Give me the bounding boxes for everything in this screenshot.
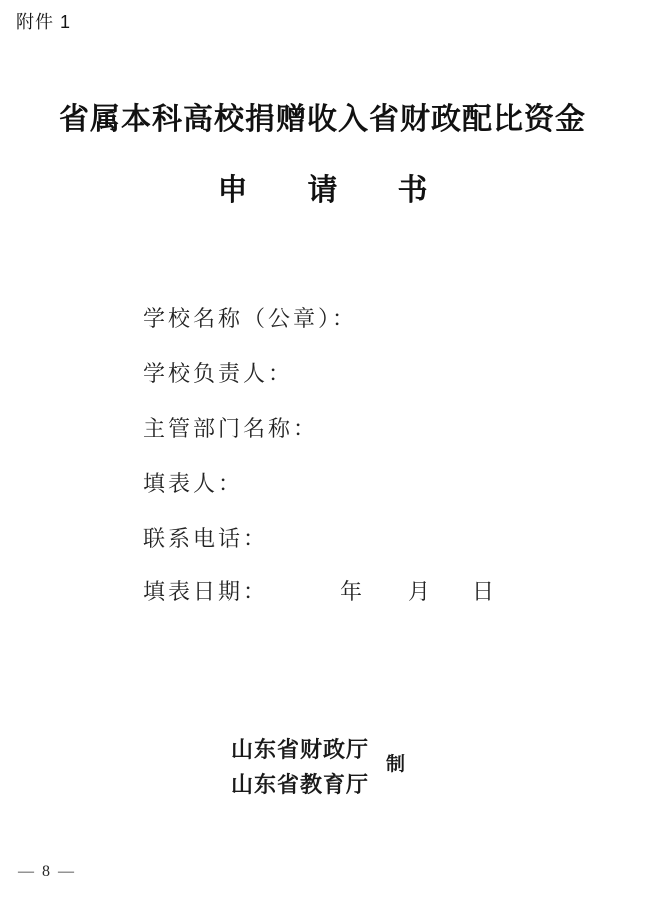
document-title-line1: 省属本科高校捐赠收入省财政配比资金: [0, 94, 645, 138]
document-title-line2: 申 请 书: [0, 165, 645, 209]
date-unit-month: 月: [408, 579, 430, 605]
field-fill-date-row: 填表日期： 年 月 日: [143, 579, 563, 605]
field-contact-phone-label: 联系电话：: [143, 526, 563, 552]
form-fields: 学校名称（公章）： 学校负责人： 主管部门名称： 填表人： 联系电话： 填表日期…: [143, 306, 563, 605]
document-page: 附件 1 省属本科高校捐赠收入省财政配比资金 申 请 书 学校名称（公章）： 学…: [0, 0, 645, 899]
field-form-filler-label: 填表人：: [143, 471, 563, 497]
field-school-head-label: 学校负责人：: [143, 361, 563, 387]
field-supervising-department-label: 主管部门名称：: [143, 416, 563, 442]
date-unit-day: 日: [472, 579, 494, 605]
field-school-name-label: 学校名称（公章）：: [143, 306, 563, 332]
issuer-made-by-suffix: 制: [386, 749, 405, 776]
issuer-education-department: 山东省教育厅: [231, 770, 369, 805]
page-number: — 8 —: [18, 863, 76, 881]
issuer-finance-department: 山东省财政厅: [231, 735, 369, 770]
date-unit-year: 年: [340, 579, 362, 605]
issuing-agencies: 山东省财政厅 山东省教育厅: [231, 735, 369, 805]
attachment-label: 附件 1: [16, 8, 71, 34]
field-fill-date-label: 填表日期：: [143, 579, 268, 604]
